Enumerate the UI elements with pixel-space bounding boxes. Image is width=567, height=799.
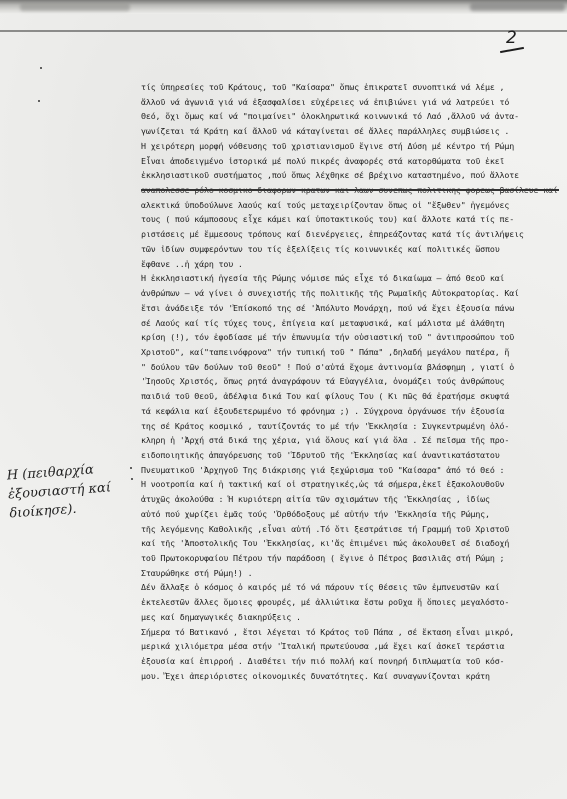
scan-smudge-left — [20, 3, 130, 11]
text-line: της σέ Κράτος κοσμικό , ταυτίζοντάς το μ… — [141, 419, 559, 434]
text-line: " δούλου τῶν δούλων τοῦ Θεοῦ" ! Πού σ'αὐ… — [141, 360, 559, 375]
typewritten-body: τίς ὑπηρεσίες τοῦ Κράτους, τοῦ "Καίσαρα"… — [141, 80, 559, 683]
text-line: ἄλλοῦ νά ἀγωνιᾶ γιά νά ἐξασφαλίσει εὐχέρ… — [141, 95, 559, 110]
text-line: κρίση (!), τόν ἐφοδίασε μέ τήν ἐπωνυμία … — [141, 330, 559, 345]
text-line: Εἶναι ἀποδειγμένο ἱστορικά μέ πολύ πικρέ… — [141, 154, 559, 169]
text-line: Θεό, ὄχι ὅμως καί νά "ποιμαίνει" ὁλοκληρ… — [141, 109, 559, 124]
text-line: κληρη ἡ 'Ἀρχή στά δικά της χέρια, γιά ὅλ… — [141, 433, 559, 448]
text-line: Σταυρώθηκε στή Ρώμη!) . — [141, 566, 559, 581]
text-line: ειδοποιητικῆς ἀπαγόρευσης τοῦ 'Ἱδρυτοῦ τ… — [141, 448, 559, 463]
scan-fold-line — [0, 30, 567, 32]
text-line: μερικά χιλιόμετρα μέσα στήν 'Ἰταλική πρω… — [141, 639, 559, 654]
text-line: τους ( πού κάμποσους εἶχε κάμει καί ὑποτ… — [141, 212, 559, 227]
struck-through-line: αναπολεσσε ρόλο κοσμικο διαφορων κρατων … — [141, 183, 559, 198]
text-line: καί τῆς 'Ἀποστολικῆς Του 'Ἐκκλησίας, κι'… — [141, 536, 559, 551]
text-line: ἀνθρώπων – νά γίνει ὁ συνεχιστής τῆς πολ… — [141, 286, 559, 301]
text-line: Πνευματικοῦ 'Ἀρχηγοῦ Της διάκρισης γιά ξ… — [141, 463, 559, 478]
text-line: γωνίζεται τά Κράτη καί ἄλλοῦ νά κάταγίνε… — [141, 124, 559, 139]
text-line: ριστάσεις μέ ἔμμεσους τρόπους καί διενέρ… — [141, 227, 559, 242]
scanned-page: 2 τίς ὑπηρεσίες τοῦ Κράτους, τοῦ "Καίσαρ… — [0, 0, 567, 799]
text-line: τῶν ἰδίων συμφερόντων του τίς ἐξελίξεις … — [141, 242, 559, 257]
handwritten-margin-note: Η (πειθαρχία ἐξουσιαστή καί διοίκησε). — [6, 458, 138, 524]
speck — [40, 67, 42, 69]
text-line: Χριστοῦ", καί"ταπεινόφρονα" τήν τυπική τ… — [141, 345, 559, 360]
text-line: Σήμερα τό Βατικανό , ἔτσι λέγεται τό Κρά… — [141, 625, 559, 640]
text-line: 'Ἰησοῦς Χριστός, ὅπως ρητά ἀναγράφουν τά… — [141, 374, 559, 389]
text-line: παιδιά τοῦ Θεοῦ, ἀδέλφια δικά Του καί φί… — [141, 389, 559, 404]
text-line: μες καί δημαγωγικές διακηρύξεις . — [141, 610, 559, 625]
text-line: τά κεφάλια καί ἐξουδετερωμένο τό φρόνημα… — [141, 404, 559, 419]
scan-smudge-right — [470, 3, 565, 11]
text-line: Ἡ νοοτροπία καί ἡ τακτική καί οἱ στρατηγ… — [141, 477, 559, 492]
text-line: ἔτσι ἀνάδειξε τόν 'Ἐπίσκοπό της σέ 'Ἀπόλ… — [141, 301, 559, 316]
margin-mark — [131, 478, 133, 480]
speck — [38, 100, 40, 102]
text-line: ἐκτελεστῶν ἄλλες ὅμοιες φρουρές, μέ ἀλλι… — [141, 595, 559, 610]
text-line: Ἡ ἐκκλησιαστική ἡγεσία τῆς Ρώμης νόμισε … — [141, 271, 559, 286]
text-line: τοῦ Πρωτοκορυφαίου Πέτρου τήν παράδοση (… — [141, 551, 559, 566]
text-line: ἔφθανε ..ἡ χάρη του . — [141, 257, 559, 272]
text-line: Δέν ἄλλαξε ὁ κόσμος ὁ καιρός μέ τό νά πά… — [141, 580, 559, 595]
text-line: ἀτυχῶς ἀκολούθα : Ἡ κυριότερη αἰτία τῶν … — [141, 492, 559, 507]
text-line: ἐκκλησιαστικοῦ συστήματος ,πού ὅπως λέχθ… — [141, 168, 559, 183]
text-line: τίς ὑπηρεσίες τοῦ Κράτους, τοῦ "Καίσαρα"… — [141, 80, 559, 95]
text-line: αὐτό πού χωρίζει ἐμᾶς τούς 'Ὀρθόδοξους μ… — [141, 507, 559, 522]
text-line: αλεκτικά ὑποδούλωνε λαούς καί τούς μεταχ… — [141, 198, 559, 213]
text-line: Ἡ χειρότερη μορφή νόθευσης τοῦ χριστιανι… — [141, 139, 559, 154]
text-line: τῆς λεγόμενης Καθολικῆς ,εἶναι αὐτή .Τό … — [141, 522, 559, 537]
margin-mark — [130, 467, 132, 469]
text-line: σέ Λαούς καί τίς τύχες τους, ἐπίγεια καί… — [141, 316, 559, 331]
text-line: ἐξουσία καί ἐπιρροή . Διαθέτει τήν πιό π… — [141, 654, 559, 669]
page-number-underline — [500, 47, 524, 53]
page-number: 2 — [506, 28, 517, 48]
text-line: μου. Ἔχει ἀπεριόριστες οἰκονομικές δυνατ… — [141, 669, 559, 684]
